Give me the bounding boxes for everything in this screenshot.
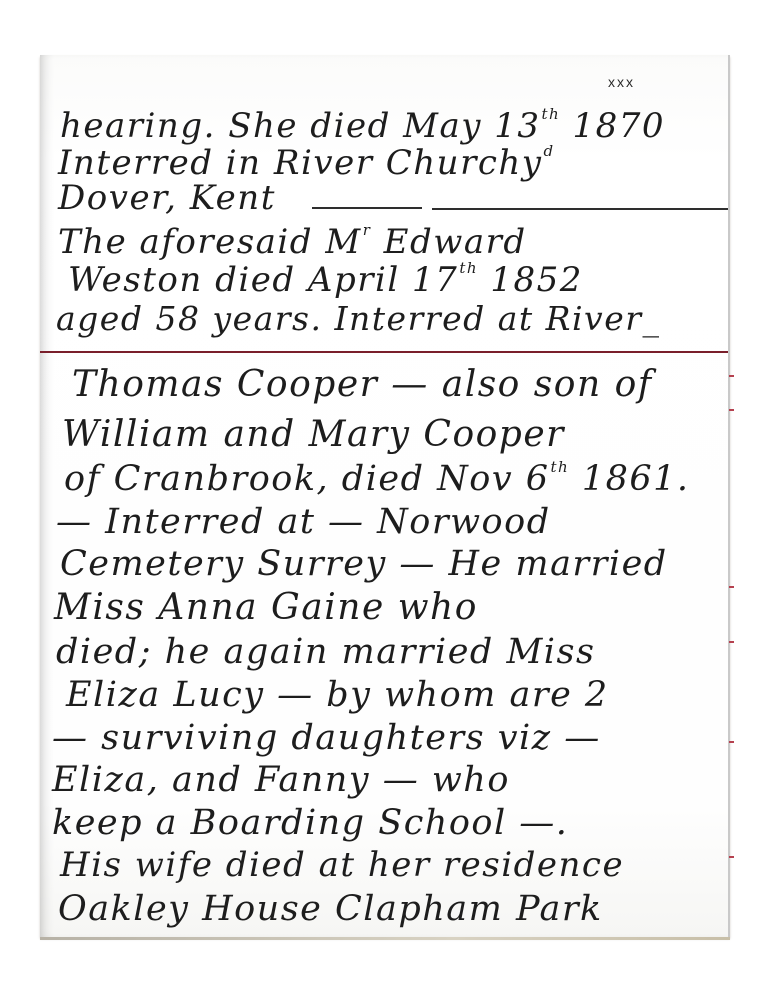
text-line: — surviving daughters viz — bbox=[52, 721, 601, 756]
text-line: Oakley House Clapham Park bbox=[58, 892, 603, 927]
text-line: The aforesaid Mr Edward bbox=[58, 223, 527, 259]
text-line: aged 58 years. Interred at River_ bbox=[56, 302, 661, 335]
text-line: Miss Anna Gaine who bbox=[54, 590, 478, 626]
margin-tick bbox=[729, 641, 734, 643]
margin-tick bbox=[729, 586, 734, 588]
section-divider bbox=[40, 351, 728, 353]
margin-tick bbox=[729, 741, 734, 743]
text-line: Thomas Cooper — also son of bbox=[72, 367, 653, 403]
margin-tick bbox=[729, 856, 734, 858]
text-line: Dover, Kent bbox=[58, 181, 276, 215]
text-line: Interred in River Churchyd bbox=[58, 144, 555, 180]
margin-tick bbox=[729, 375, 734, 377]
text-line: — Interred at — Norwood bbox=[56, 505, 551, 540]
text-line: William and Mary Cooper bbox=[62, 417, 565, 453]
text-line: Cemetery Surrey — He married bbox=[60, 547, 668, 582]
corner-mark: xxx bbox=[608, 74, 635, 90]
text-line: Eliza Lucy — by whom are 2 bbox=[66, 678, 609, 713]
text-line: Weston died April 17th 1852 bbox=[68, 261, 583, 297]
text-line: Eliza, and Fanny — who bbox=[52, 763, 510, 798]
text-line: keep a Boarding School —. bbox=[52, 806, 568, 841]
text-line: died; he again married Miss bbox=[56, 635, 595, 670]
dash-rule bbox=[312, 207, 422, 209]
text-line: of Cranbrook, died Nov 6th 1861. bbox=[64, 460, 690, 497]
text-line: hearing. She died May 13th 1870 bbox=[60, 107, 665, 143]
margin-tick bbox=[729, 409, 734, 411]
text-line: His wife died at her residence bbox=[60, 848, 624, 882]
document-page: xxx hearing. She died May 13th 1870 Inte… bbox=[40, 55, 730, 937]
dash-rule bbox=[432, 208, 728, 210]
